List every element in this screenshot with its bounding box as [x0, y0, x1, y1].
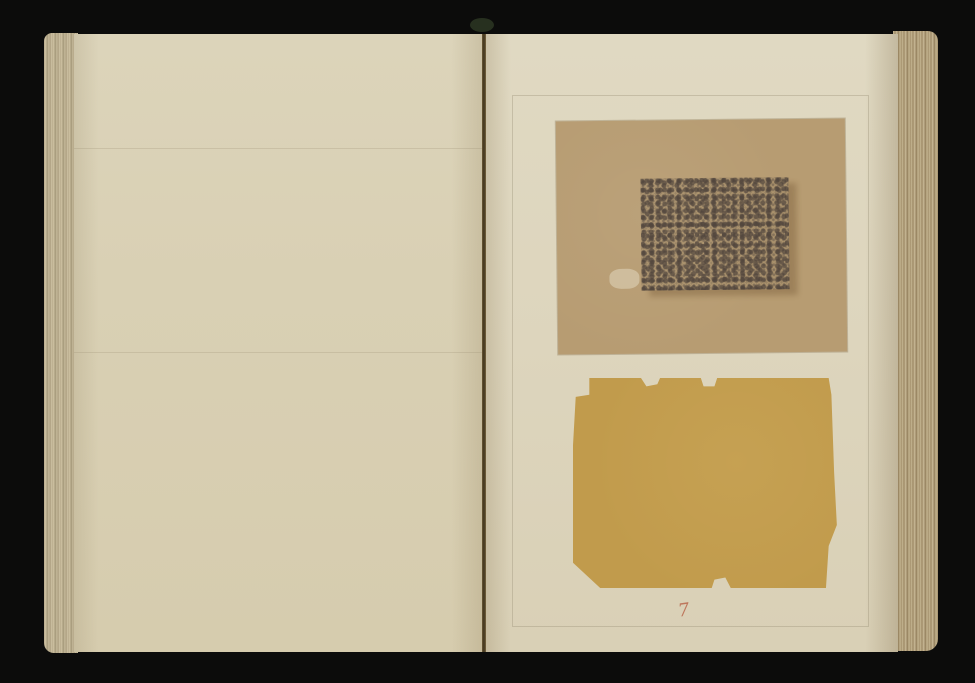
paper-specimen-ochre: [573, 378, 845, 588]
paper-chain-line: [74, 148, 484, 149]
open-book: 7: [0, 0, 975, 683]
paper-blemish: [609, 269, 639, 289]
paper-specimen-brown: [556, 118, 847, 354]
document-photo: 7: [0, 0, 975, 683]
headband: [470, 18, 494, 32]
right-fore-edge: [893, 31, 938, 651]
paper-chain-line: [74, 352, 484, 353]
charcoal-rubbing: [640, 177, 789, 291]
gutter-fold: [482, 34, 486, 652]
left-page: [74, 34, 484, 652]
left-fore-edge: [44, 33, 78, 653]
